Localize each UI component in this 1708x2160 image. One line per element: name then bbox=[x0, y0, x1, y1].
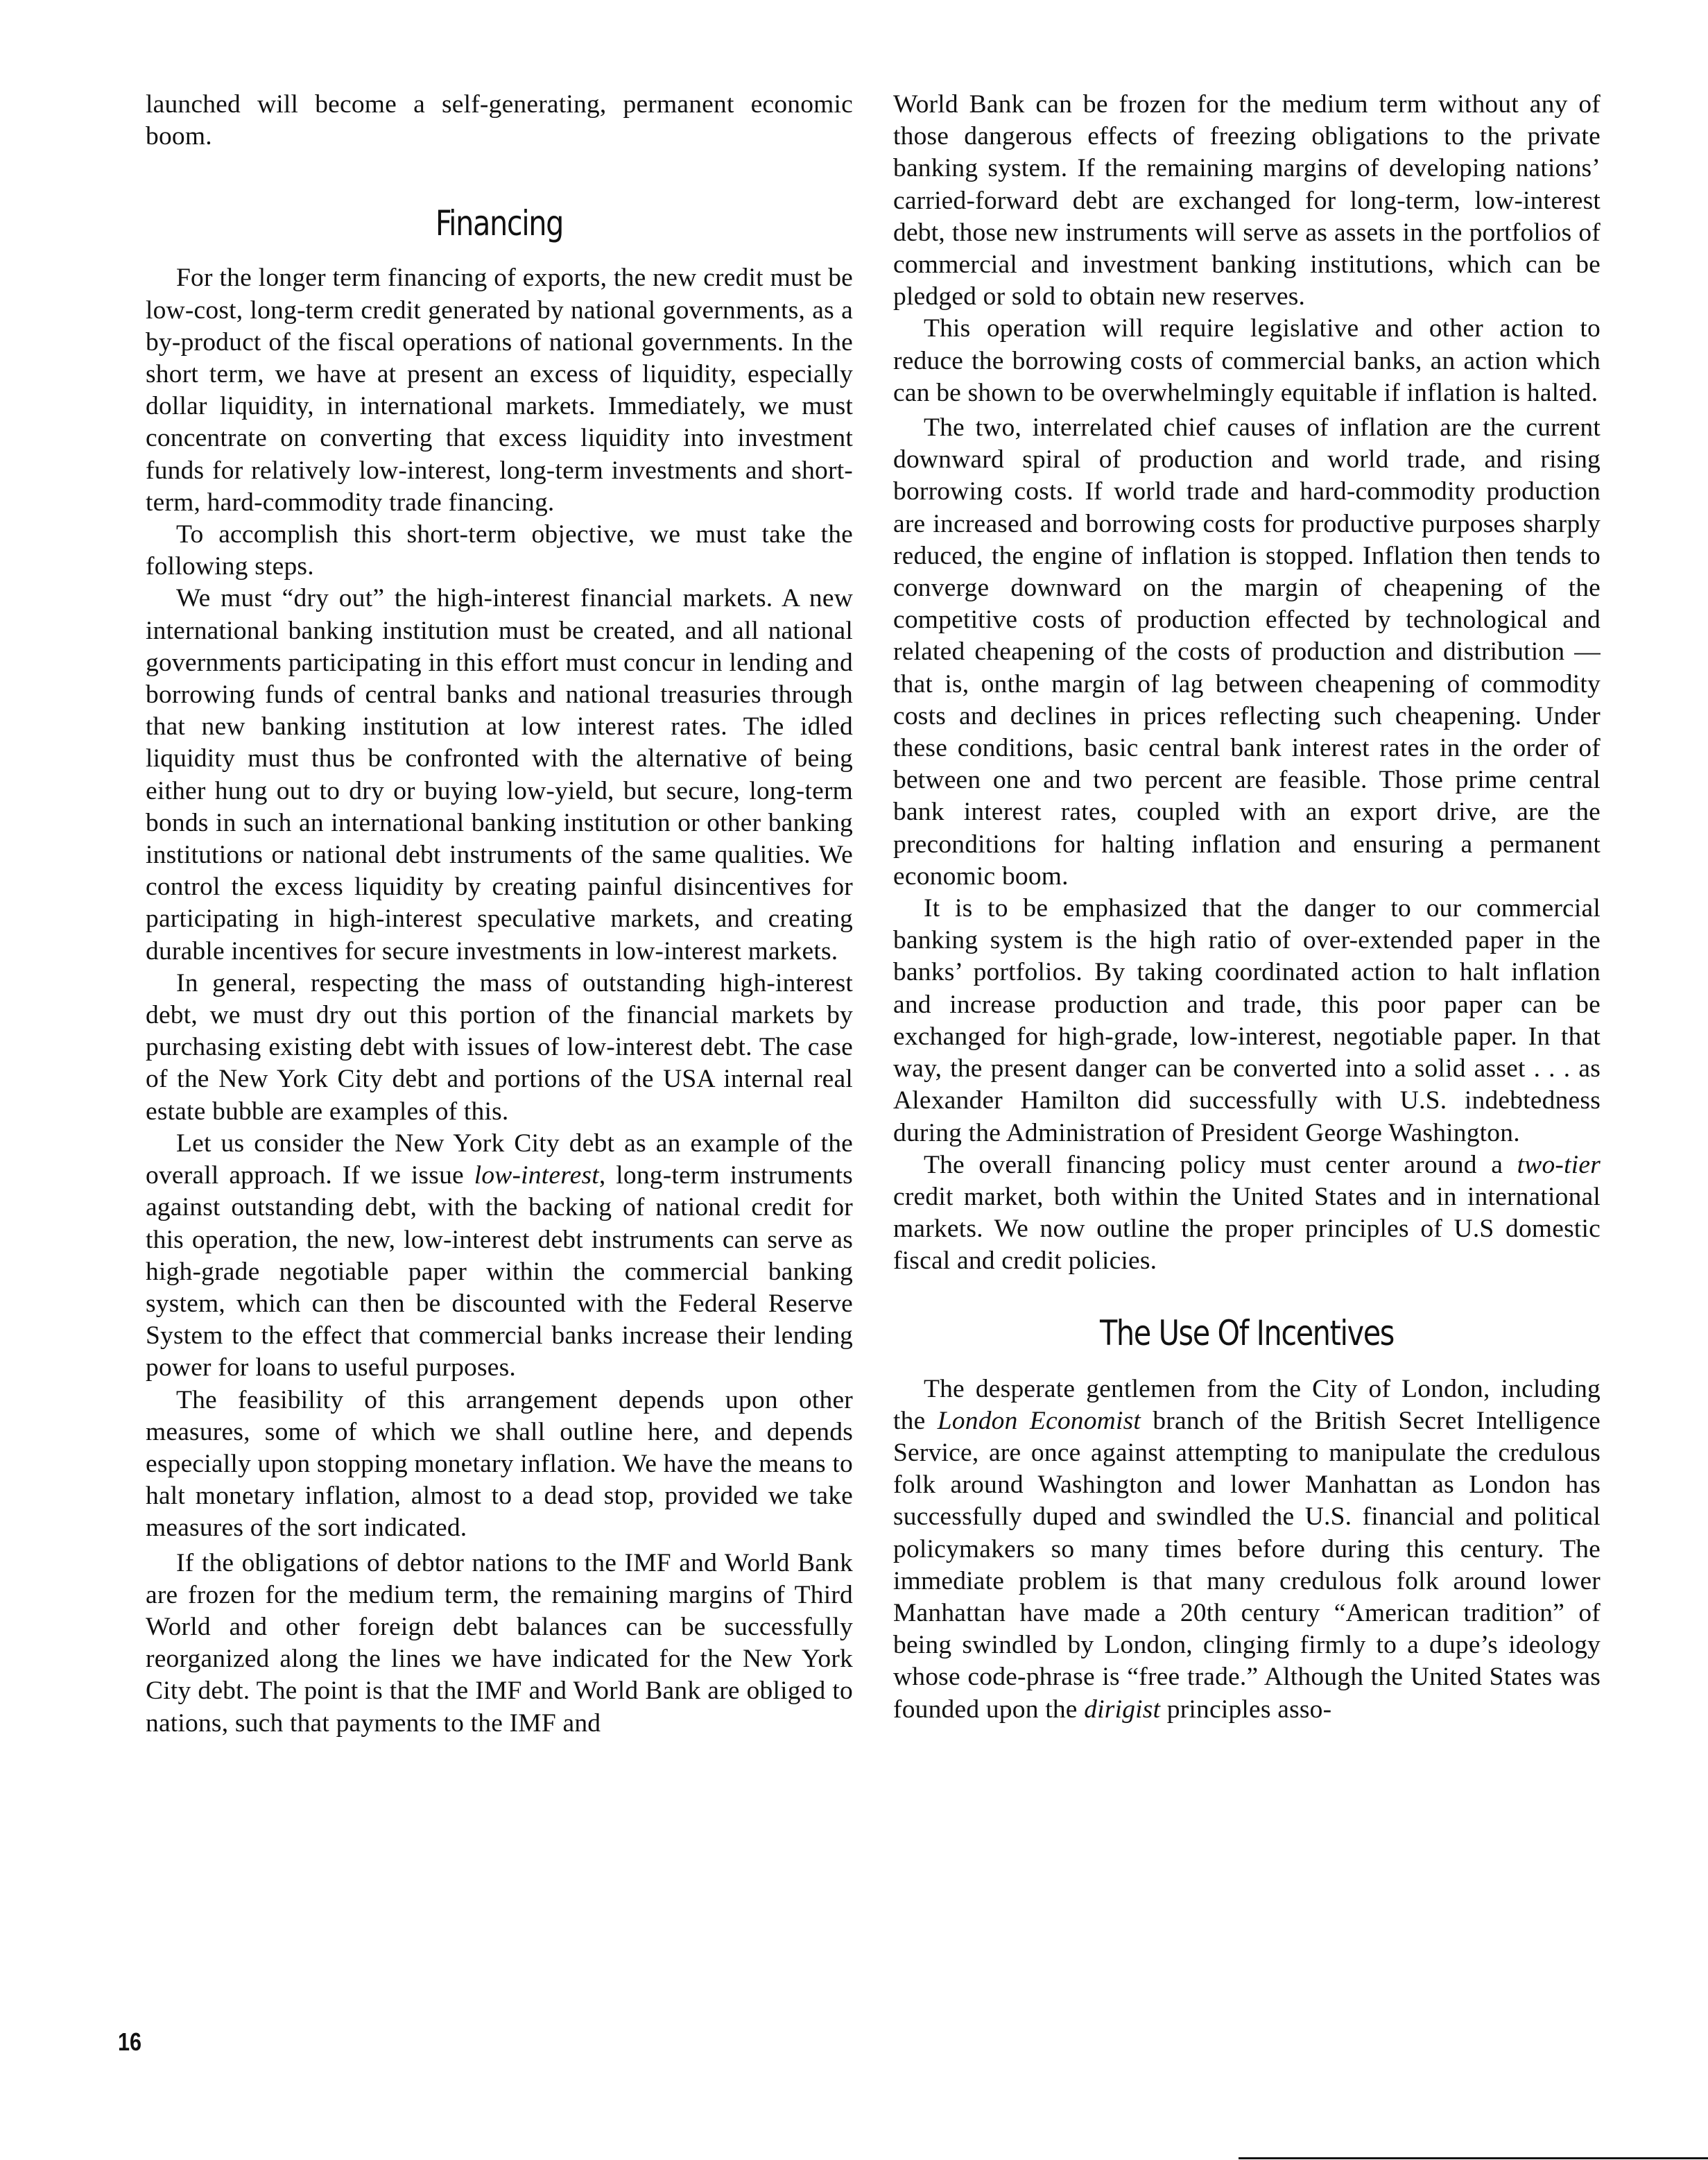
left-column: launched will become a self-generating, … bbox=[146, 89, 853, 1740]
paragraph: In general, respecting the mass of outst… bbox=[146, 968, 853, 1128]
italic-text: London Economist bbox=[938, 1407, 1141, 1435]
continuation-paragraph: World Bank can be frozen for the medium … bbox=[893, 89, 1601, 313]
italic-text: low-interest bbox=[474, 1161, 599, 1190]
document-page: launched will become a self-generating, … bbox=[0, 0, 1708, 2160]
paragraph: Let us consider the New York City debt a… bbox=[146, 1128, 853, 1385]
paragraph: If the obligations of debtor nations to … bbox=[146, 1548, 853, 1740]
italic-text: dirigist bbox=[1084, 1695, 1160, 1724]
text-run: credit market, both within the United St… bbox=[893, 1183, 1601, 1275]
text-run: , long-term instruments against outstand… bbox=[146, 1161, 853, 1382]
text-run: principles asso- bbox=[1160, 1695, 1331, 1724]
paragraph: The desperate gentlemen from the City of… bbox=[893, 1373, 1601, 1726]
italic-text: two-tier bbox=[1517, 1151, 1601, 1179]
paragraph: The feasibility of this arrangement depe… bbox=[146, 1385, 853, 1545]
page-number: 16 bbox=[118, 2028, 141, 2056]
right-column: World Bank can be frozen for the medium … bbox=[893, 89, 1601, 1726]
paragraph: It is to be emphasized that the danger t… bbox=[893, 893, 1601, 1149]
section-heading-use-of-incentives: The Use Of Incentives bbox=[922, 1312, 1572, 1354]
intro-paragraph: launched will become a self-generating, … bbox=[146, 89, 853, 153]
scan-edge-line bbox=[1239, 2157, 1708, 2159]
paragraph: We must “dry out” the high-interest fina… bbox=[146, 583, 853, 967]
paragraph: To accomplish this short-term objective,… bbox=[146, 519, 853, 583]
section-heading-financing: Financing bbox=[174, 203, 825, 244]
paragraph: The overall financing policy must center… bbox=[893, 1149, 1601, 1278]
text-run: The overall financing policy must center… bbox=[924, 1151, 1517, 1179]
paragraph: The two, interrelated chief causes of in… bbox=[893, 412, 1601, 893]
paragraph: For the longer term financing of exports… bbox=[146, 262, 853, 519]
text-run: branch of the British Secret Intelligenc… bbox=[893, 1407, 1601, 1724]
paragraph: This operation will require legislative … bbox=[893, 313, 1601, 409]
